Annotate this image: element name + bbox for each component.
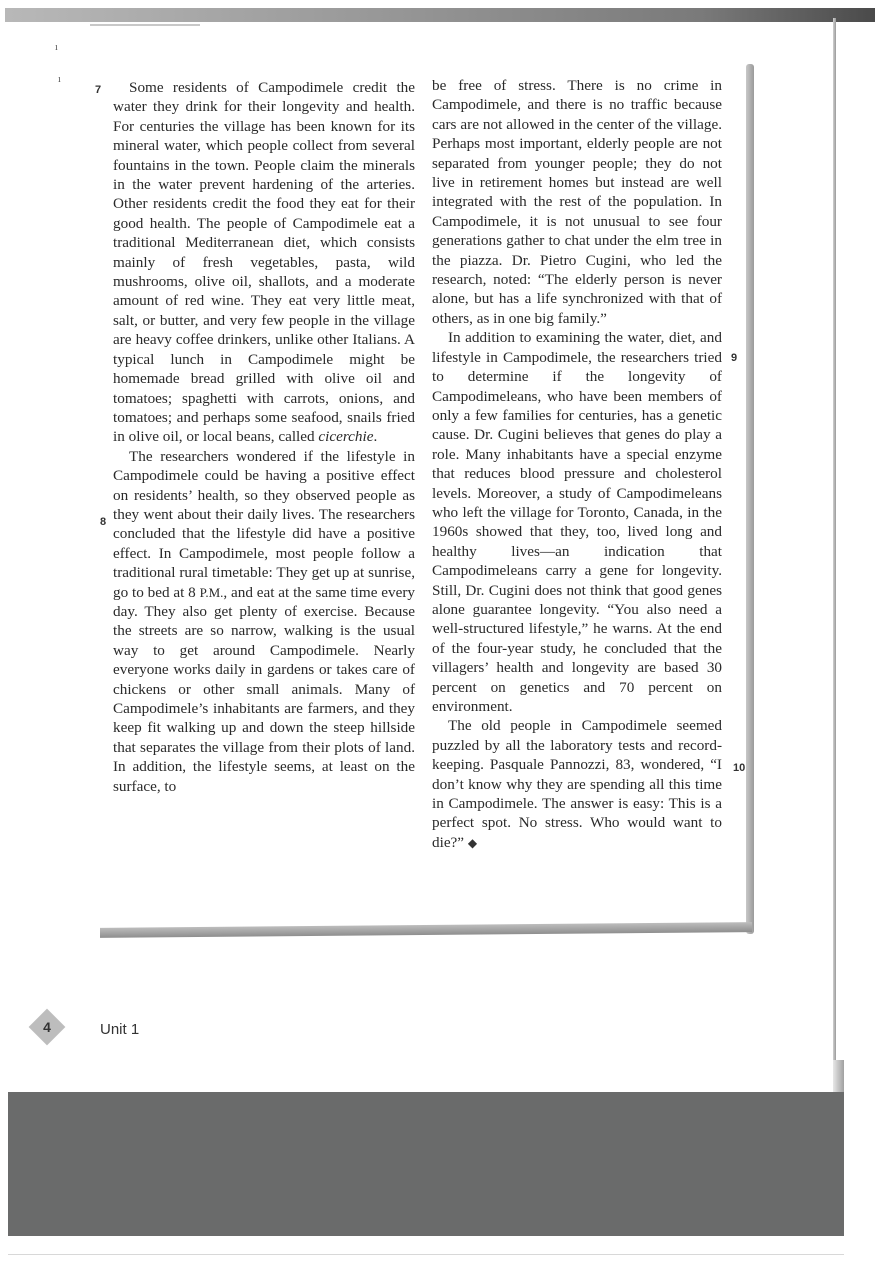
paragraph-9: In addition to examining the water, diet…	[432, 328, 722, 716]
page-footer: 4 Unit 1	[30, 1010, 230, 1054]
margin-mark: ı	[58, 74, 61, 85]
paragraph-7-end: .	[373, 428, 377, 445]
margin-mark: ı	[55, 42, 58, 53]
paragraph-10-text: The old people in Campodimele seemed puz…	[432, 717, 722, 850]
scan-bottom-edge	[8, 1254, 844, 1255]
paragraph-8: The researchers wondered if the lifestyl…	[113, 447, 415, 796]
scan-artifact	[90, 24, 200, 26]
scan-bottom-background	[8, 1092, 844, 1236]
article-column-left: Some residents of Campodimele credit the…	[113, 78, 415, 796]
page-number: 4	[34, 1019, 60, 1035]
text-box-bottom-shadow	[100, 922, 752, 938]
paragraph-8-text: The researchers wondered if the lifestyl…	[113, 448, 415, 601]
paragraph-8-continuation: be free of stress. There is no crime in …	[432, 76, 722, 328]
paragraph-7-text: Some residents of Campodimele credit the…	[113, 79, 415, 445]
italic-term: cicerchie	[318, 428, 373, 445]
paragraph-number-9: 9	[731, 352, 737, 364]
paragraph-number-10: 10	[733, 762, 745, 774]
text-box-right-shadow	[746, 64, 754, 934]
time-abbreviation: P.M.	[200, 585, 224, 600]
article-column-right: be free of stress. There is no crime in …	[432, 76, 722, 853]
paragraph-number-8: 8	[100, 516, 106, 528]
paragraph-number-7: 7	[95, 84, 101, 96]
page-edge-line	[833, 18, 836, 1088]
diamond-end-icon: ◆	[468, 836, 477, 850]
scan-top-edge	[5, 8, 875, 22]
paragraph-7: Some residents of Campodimele credit the…	[113, 78, 415, 447]
unit-label: Unit 1	[100, 1021, 139, 1038]
paragraph-8-text-cont: , and eat at the same time every day. Th…	[113, 584, 415, 795]
paragraph-10: The old people in Campodimele seemed puz…	[432, 716, 722, 853]
